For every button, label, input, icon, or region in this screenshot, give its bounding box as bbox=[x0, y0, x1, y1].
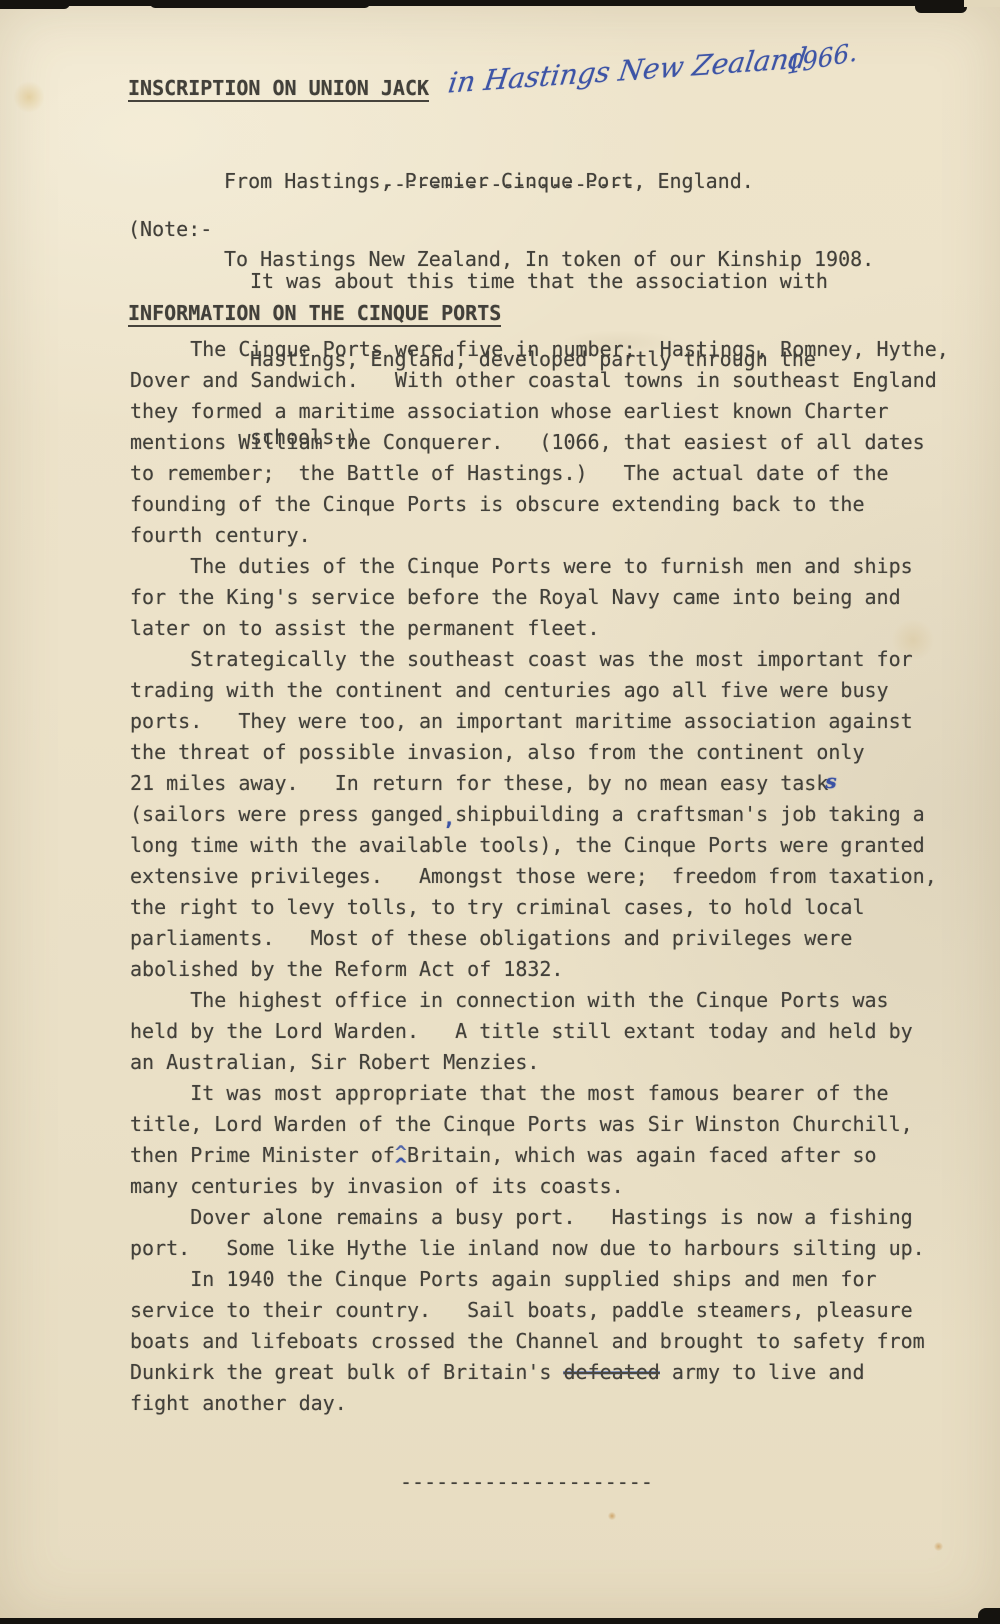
body-line: to remember; the Battle of Hastings.) Th… bbox=[130, 458, 960, 489]
body-line: ports. They were too, an important marit… bbox=[130, 706, 960, 737]
body-line: The Cinque Ports were five in number; Ha… bbox=[130, 334, 960, 365]
body-line: held by the Lord Warden. A title still e… bbox=[130, 1016, 960, 1047]
body-line: they formed a maritime association whose… bbox=[130, 396, 960, 427]
body-line: fight another day. bbox=[130, 1388, 960, 1419]
document-title: INSCRIPTION ON UNION JACK bbox=[128, 78, 429, 102]
body-line: In 1940 the Cinque Ports again supplied … bbox=[130, 1264, 960, 1295]
body-line: long time with the available tools), the… bbox=[130, 830, 960, 861]
body-line: for the King's service before the Royal … bbox=[130, 582, 960, 613]
body-line: boats and lifeboats crossed the Channel … bbox=[130, 1326, 960, 1357]
section-heading: INFORMATION ON THE CINQUE PORTS bbox=[128, 303, 501, 327]
body-line: It was most appropriate that the most fa… bbox=[130, 1078, 960, 1109]
body-line: an Australian, Sir Robert Menzies. bbox=[130, 1047, 960, 1078]
note-line: It was about this time that the associat… bbox=[250, 268, 828, 294]
strikethrough-word: defeated bbox=[563, 1360, 659, 1384]
body-line: founding of the Cinque Ports is obscure … bbox=[130, 489, 960, 520]
typed-divider-top: --------------------- bbox=[382, 172, 635, 196]
body-line: 21 miles away. In return for these, by n… bbox=[130, 768, 960, 799]
body-line: Dunkirk the great bulk of Britain's defe… bbox=[130, 1357, 960, 1388]
scan-edge-top-middle bbox=[150, 0, 370, 8]
body-line: the right to levy tolls, to try criminal… bbox=[130, 892, 960, 923]
body-line: the threat of possible invasion, also fr… bbox=[130, 737, 960, 768]
handwritten-comma: , bbox=[443, 803, 455, 834]
body-line: Dover and Sandwich. With other coastal t… bbox=[130, 365, 960, 396]
body-line: Dover alone remains a busy port. Hasting… bbox=[130, 1202, 960, 1233]
body-line: mentions William the Conquerer. (1066, t… bbox=[130, 427, 960, 458]
typed-body: The Cinque Ports were five in number; Ha… bbox=[130, 334, 960, 1419]
typed-divider-bottom: --------------------- bbox=[400, 1470, 653, 1494]
caret-insertion-mark: ^ bbox=[395, 1151, 407, 1179]
scan-edge-top-notch bbox=[915, 0, 967, 13]
body-line: then Prime Minister of^Britain, which wa… bbox=[130, 1140, 960, 1171]
body-line: fourth century. bbox=[130, 520, 960, 551]
paper-corner-fold bbox=[964, 0, 1000, 7]
body-line: extensive privileges. Amongst those were… bbox=[130, 861, 960, 892]
body-line: (sailors were press ganged,shipbuilding … bbox=[130, 799, 960, 830]
body-line: trading with the continent and centuries… bbox=[130, 675, 960, 706]
scan-edge-top-left bbox=[0, 0, 70, 9]
handwritten-correction-s: s bbox=[825, 766, 836, 797]
body-line: service to their country. Sail boats, pa… bbox=[130, 1295, 960, 1326]
body-line: title, Lord Warden of the Cinque Ports w… bbox=[130, 1109, 960, 1140]
scan-edge-bottom-right bbox=[978, 1608, 1000, 1624]
body-line: The highest office in connection with th… bbox=[130, 985, 960, 1016]
note-label: (Note:- bbox=[128, 216, 212, 242]
body-line: The duties of the Cinque Ports were to f… bbox=[130, 551, 960, 582]
body-line: abolished by the Reform Act of 1832. bbox=[130, 954, 960, 985]
body-line: port. Some like Hythe lie inland now due… bbox=[130, 1233, 960, 1264]
body-line: Strategically the southeast coast was th… bbox=[130, 644, 960, 675]
scanned-document: INSCRIPTION ON UNION JACK in Hastings Ne… bbox=[0, 0, 1000, 1624]
body-line: later on to assist the permanent fleet. bbox=[130, 613, 960, 644]
body-line: parliaments. Most of these obligations a… bbox=[130, 923, 960, 954]
body-line: many centuries by invasion of its coasts… bbox=[130, 1171, 960, 1202]
